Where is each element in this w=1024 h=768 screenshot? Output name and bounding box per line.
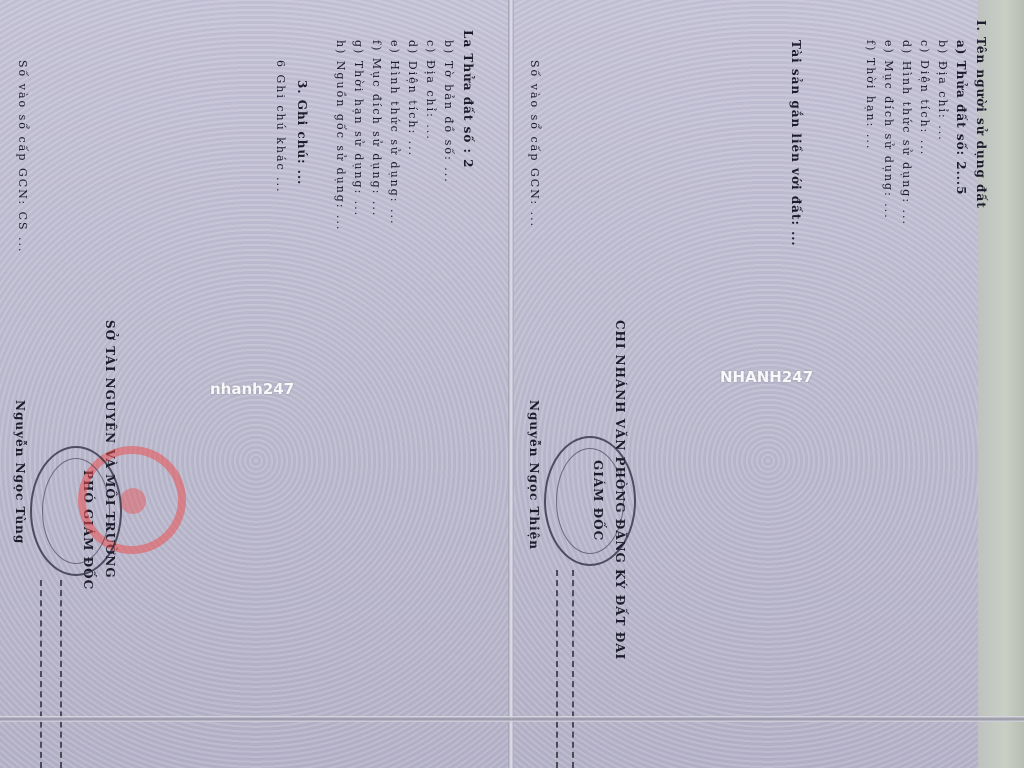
left-line: f) Mục đích sử dụng: ... [370, 40, 382, 217]
official-emblem-stamp-right [544, 436, 636, 566]
left-line: d) Diện tích: ... [406, 40, 418, 157]
left-line: b) Tờ bản đồ số: ... [442, 40, 454, 184]
right-line: e) Mục đích sử dụng: ... [882, 40, 894, 220]
right-line: I. Tên người sử dụng đất [975, 20, 987, 209]
signature-dash-line [40, 580, 42, 768]
right-signer-name: Nguyễn Ngọc Thiện [528, 400, 540, 550]
right-line: c) Diện tích: ... [918, 40, 930, 156]
watermark: NHANH247 [720, 368, 813, 386]
right-line: f) Thời hạn: ... [864, 40, 876, 150]
left-line: e) Hình thức sử dụng: ... [388, 40, 400, 226]
right-side-note: Số vào sổ cấp GCN: ... [528, 60, 540, 228]
right-line: b) Địa chỉ: ... [936, 40, 948, 142]
left-side-note: Số vào sổ cấp GCN: CS ... [16, 60, 28, 254]
signature-dash-line [572, 570, 574, 768]
left-signer-name: Nguyễn Ngọc Tùng [14, 400, 26, 544]
left-line: 6 Ghi chú khác ... [274, 60, 286, 194]
left-line: h) Nguồn gốc sử dụng: ... [334, 40, 346, 232]
right-line: Tài sản gắn liền với đất: ... [790, 40, 802, 247]
paper-crease [0, 716, 1024, 722]
page-seam [508, 0, 514, 768]
right-line: d) Hình thức sử dụng: ... [900, 40, 912, 226]
signature-dash-line [60, 580, 62, 768]
left-line: 3. Ghi chú: ... [296, 80, 308, 185]
official-emblem-stamp-left [30, 446, 122, 576]
signature-dash-line [556, 570, 558, 768]
left-line: g) Thời hạn sử dụng: ... [352, 40, 364, 217]
left-line: c) Địa chỉ: ... [424, 40, 436, 141]
watermark: nhanh247 [210, 380, 294, 398]
left-line: La Thửa đất số : 2 [462, 30, 474, 169]
right-line: a) Thửa đất số: 2...5 [955, 40, 967, 195]
